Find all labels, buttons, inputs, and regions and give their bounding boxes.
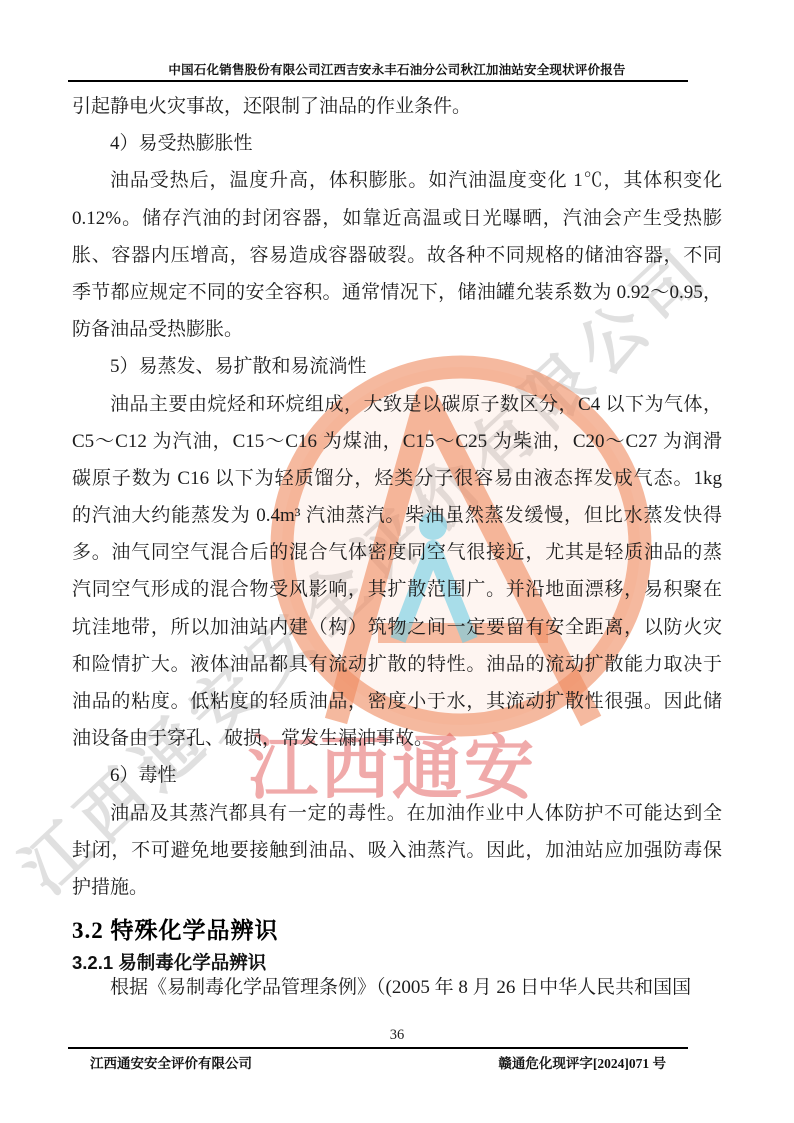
header-rule	[68, 80, 688, 82]
body-line: C5～C12 为汽油，C15～C16 为煤油，C15～C25 为柴油，C20～C…	[72, 423, 722, 460]
body-line: 5）易蒸发、易扩散和易流淌性	[72, 348, 722, 385]
footer-rule	[68, 1047, 688, 1049]
body-line: 和险情扩大。液体油品都具有流动扩散的特性。油品的流动扩散能力取决于	[72, 646, 722, 683]
body-line: 油设备由于穿孔、破损，常发生漏油事故。	[72, 720, 722, 757]
body-line: 油品及其蒸汽都具有一定的毒性。在加油作业中人体防护不可能达到全	[72, 795, 722, 832]
body-line: 根据《易制毒化学品管理条例》（(2005 年 8 月 26 日中华人民共和国国	[72, 975, 722, 1001]
body-line: 油品主要由烷烃和环烷组成，大致是以碳原子数区分，C4 以下为气体，	[72, 386, 722, 423]
body-line: 碳原子数为 C16 以下为轻质馏分，烃类分子很容易由液态挥发成气态。1kg	[72, 460, 722, 497]
body-line: 汽同空气形成的混合物受风影响，其扩散范围广。并沿地面漂移，易积聚在	[72, 571, 722, 608]
body-text-block: 引起静电火灾事故，还限制了油品的作业条件。 4）易受热膨胀性 油品受热后，温度升…	[72, 88, 722, 906]
body-line: 引起静电火灾事故，还限制了油品的作业条件。	[72, 88, 722, 125]
body-line: 油品受热后，温度升高，体积膨胀。如汽油温度变化 1℃，其体积变化	[72, 162, 722, 199]
body-line: 4）易受热膨胀性	[72, 125, 722, 162]
subsection-heading: 3.2.1 易制毒化学品辨识	[72, 949, 266, 975]
body-line: 的汽油大约能蒸发为 0.4m³ 汽油蒸汽。柴油虽然蒸发缓慢，但比水蒸发快得	[72, 497, 722, 534]
body-line: 坑洼地带，所以加油站内建（构）筑物之间一定要留有安全距离，以防火灾	[72, 609, 722, 646]
page-content: 中国石化销售股份有限公司江西吉安永丰石油分公司秋江加油站安全现状评价报告 引起静…	[0, 0, 794, 1123]
page-number: 36	[0, 1027, 794, 1044]
section-heading: 3.2 特殊化学品辨识	[72, 912, 279, 945]
footer-company-name: 江西通安安全评价有限公司	[90, 1052, 252, 1072]
body-line: 防备油品受热膨胀。	[72, 311, 722, 348]
body-line: 多。油气同空气混合后的混合气体密度同空气很接近，尤其是轻质油品的蒸	[72, 534, 722, 571]
body-line: 0.12%。储存汽油的封闭容器，如靠近高温或日光曝晒，汽油会产生受热膨	[72, 200, 722, 237]
page-footer: 江西通安安全评价有限公司 赣通危化现评字[2024]071 号	[90, 1052, 666, 1072]
body-line: 胀、容器内压增高，容易造成容器破裂。故各种不同规格的储油容器，不同	[72, 237, 722, 274]
page-header-title: 中国石化销售股份有限公司江西吉安永丰石油分公司秋江加油站安全现状评价报告	[0, 60, 794, 78]
body-line: 封闭，不可避免地要接触到油品、吸入油蒸汽。因此，加油站应加强防毒保	[72, 832, 722, 869]
body-line: 6）毒性	[72, 757, 722, 794]
footer-doc-number: 赣通危化现评字[2024]071 号	[498, 1052, 666, 1072]
body-line: 护措施。	[72, 869, 722, 906]
document-page: 江西通安安全评价有限公司 江西通安 中国石化销售股份有限公司江西吉安永丰石油分公…	[0, 0, 794, 1123]
body-line: 油品的粘度。低粘度的轻质油品，密度小于水，其流动扩散性很强。因此储	[72, 683, 722, 720]
body-line: 季节都应规定不同的安全容积。通常情况下，储油罐允装系数为 0.92～0.95，	[72, 274, 722, 311]
